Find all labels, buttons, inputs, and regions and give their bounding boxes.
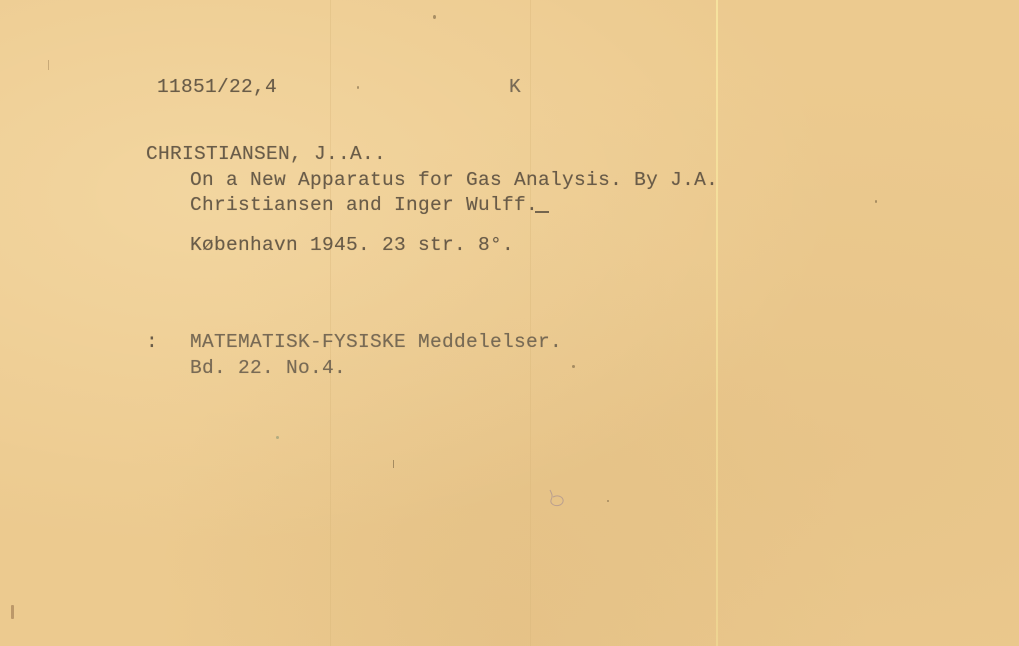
ink-speck [11,605,14,619]
ink-speck [357,86,359,89]
ink-speck [393,460,394,468]
ink-speck [433,15,436,19]
title-line-2: Christiansen and Inger Wulff. [190,196,538,216]
call-number: 11851/22,4 [157,78,277,98]
pencil-mark-icon [547,488,569,510]
wulff-underline [535,211,549,213]
imprint-line: København 1945. 23 str. 8°. [190,236,514,256]
ink-speck [607,500,609,502]
class-mark: K [509,78,521,98]
title-line-1: On a New Apparatus for Gas Analysis. By … [190,171,718,191]
ink-speck [48,60,49,70]
series-marker: : [146,333,158,353]
ink-speck [276,436,279,439]
paper-crease [330,0,331,646]
ink-speck [875,200,877,203]
catalog-card: 11851/22,4 K CHRISTIANSEN, J..A.. On a N… [0,0,1019,646]
paper-crease [530,0,531,646]
series-line-2: Bd. 22. No.4. [190,359,346,379]
ink-speck [572,365,575,368]
series-line-1: MATEMATISK-FYSISKE Meddelelser. [190,333,562,353]
fold-line [716,0,718,646]
author-heading: CHRISTIANSEN, J..A.. [146,145,386,165]
